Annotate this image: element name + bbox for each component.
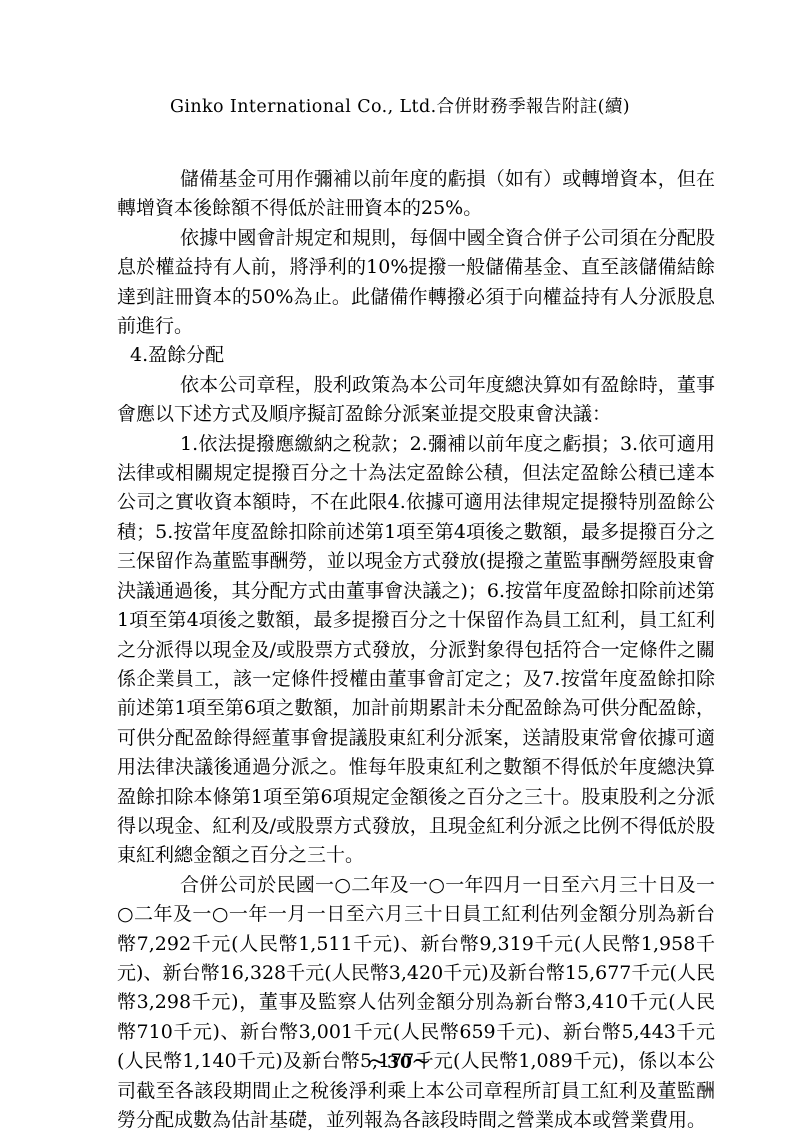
paragraph-reserve-fund: 儲備基金可用作彌補以前年度的虧損（如有）或轉增資本，但在轉增資本後餘額不得低於註…: [117, 165, 715, 224]
document-title: Ginko International Co., Ltd.合併財務季報告附註(續…: [0, 93, 800, 118]
paragraph-distribution-order: 1.依法提撥應繳納之稅款；2.彌補以前年度之虧損；3.依可適用法律或相關規定提撥…: [117, 430, 715, 871]
document-page: Ginko International Co., Ltd.合併財務季報告附註(續…: [0, 0, 800, 1132]
paragraph-prc-reserve: 依據中國會計規定和規則，每個中國全資合併子公司須在分配股息於權益持有人前，將淨利…: [117, 224, 715, 342]
document-body: 儲備基金可用作彌補以前年度的虧損（如有）或轉增資本，但在轉增資本後餘額不得低於註…: [117, 165, 715, 1132]
paragraph-dividend-policy-intro: 依本公司章程，股利政策為本公司年度總決算如有盈餘時，董事會應以下述方式及順序擬訂…: [117, 371, 715, 430]
paragraph-bonus-estimation: 合併公司於民國一○二年及一○一年四月一日至六月三十日及一○二年及一○一年一月一日…: [117, 871, 715, 1132]
page-number: ～30～: [0, 1048, 800, 1073]
section-heading-earnings-distribution: 4.盈餘分配: [130, 341, 715, 370]
